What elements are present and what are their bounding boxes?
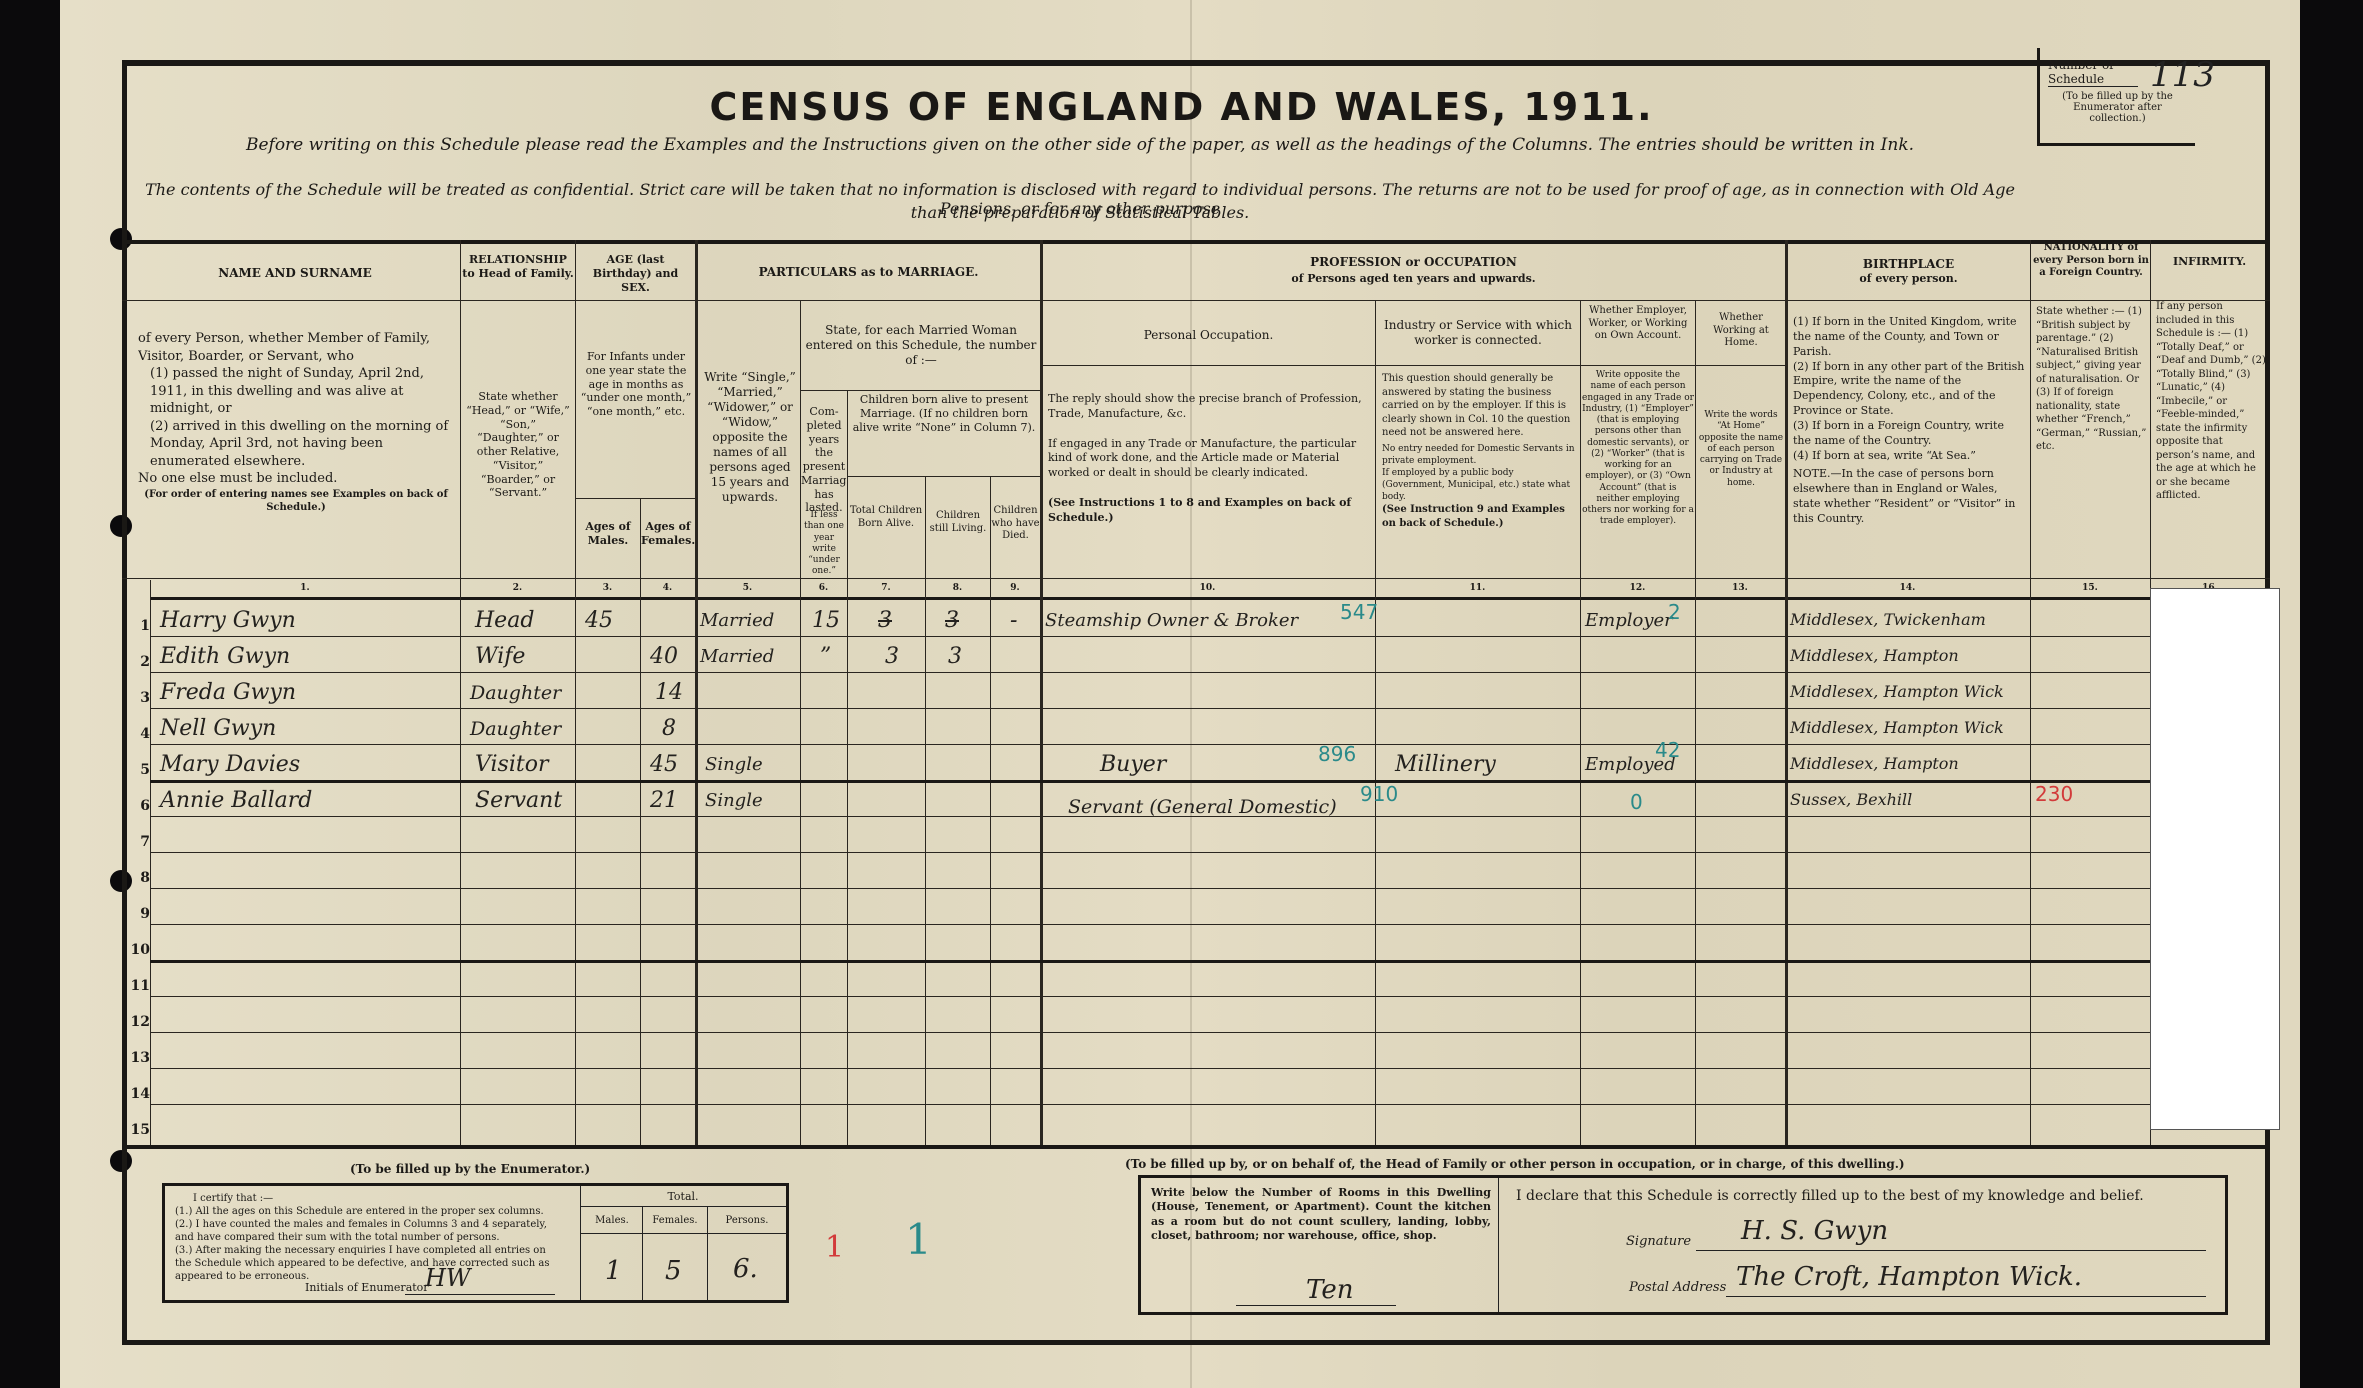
employer-label: Whether Employer, Worker, or Working on …	[1582, 305, 1694, 343]
certify-line: (3.) After making the necessary enquirie…	[175, 1244, 565, 1283]
certify-line: I certify that :—	[175, 1192, 565, 1205]
birthplace-instructions: (1) If born in the United Kingdom, write…	[1793, 315, 2025, 527]
entry-age-female[interactable]: 8	[662, 716, 676, 741]
relationship-instructions: State whether “Head,” or “Wife,” “Son,” …	[466, 390, 570, 500]
redacted-infirmity-column	[2150, 588, 2280, 1130]
page-title: CENSUS OF ENGLAND AND WALES, 1911.	[0, 85, 2363, 129]
col-number: 1.	[150, 583, 460, 593]
col-number: 9.	[990, 583, 1040, 593]
col-divider	[1695, 300, 1696, 1145]
header-marriage: PARTICULARS as to MARRIAGE.	[697, 265, 1040, 280]
instruction-line: Before writing on this Schedule please r…	[140, 135, 2020, 155]
entry-condition[interactable]: Single	[705, 754, 763, 775]
header-occupation: PROFESSION or OCCUPATION	[1042, 255, 1785, 270]
personal-occupation-label: Personal Occupation.	[1042, 328, 1375, 343]
enumerator-heading: (To be filled up by the Enumerator.)	[350, 1162, 590, 1176]
rooms-instructions: Write below the Number of Rooms in this …	[1151, 1186, 1491, 1243]
total-persons-value[interactable]: 6.	[733, 1254, 758, 1284]
name-instruction: (2) arrived in this dwelling on the morn…	[138, 418, 454, 471]
address-value[interactable]: The Croft, Hampton Wick.	[1736, 1262, 2082, 1292]
col-number: 3.	[575, 583, 640, 593]
row-number: 15	[126, 1122, 150, 1138]
row-number: 3	[126, 690, 150, 706]
ind-instruction: No entry needed for Domestic Servants in…	[1382, 443, 1576, 467]
entry-name[interactable]: Harry Gwyn	[160, 608, 296, 633]
employer-code: 0	[1630, 790, 1643, 814]
age-instructions: For Infants under one year state the age…	[580, 350, 692, 419]
row-number: 2	[126, 654, 150, 670]
row-rule-thick	[150, 960, 2150, 963]
col-number: 2.	[460, 583, 575, 593]
total-females-label: Females.	[643, 1214, 707, 1227]
total-persons-label: Persons.	[709, 1214, 785, 1227]
birth-instruction: NOTE.—In the case of persons born elsewh…	[1793, 467, 2025, 526]
row-number: 12	[126, 1014, 150, 1030]
total-males-label: Males.	[582, 1214, 642, 1227]
entry-relationship[interactable]: Daughter	[470, 682, 561, 704]
table-bottom-rule	[122, 1145, 2270, 1149]
entry-birthplace[interactable]: Middlesex, Hampton	[1790, 754, 1959, 773]
entry-relationship[interactable]: Wife	[475, 644, 525, 669]
row-rule	[150, 924, 2150, 925]
certify-line: (1.) All the ages on this Schedule are e…	[175, 1205, 565, 1218]
col-number: 14.	[1785, 583, 2030, 593]
entry-name[interactable]: Nell Gwyn	[160, 716, 276, 741]
entry-condition[interactable]: Single	[705, 790, 763, 811]
entry-age-female[interactable]: 45	[650, 752, 678, 777]
header-age: AGE (last Birthday) and SEX.	[577, 253, 694, 294]
col-divider	[1785, 240, 1788, 1145]
entry-employer[interactable]: Employer	[1585, 610, 1673, 631]
row-rule	[150, 1104, 2150, 1105]
birth-instruction: (3) If born in a Foreign Country, write …	[1793, 419, 2025, 449]
schedule-number-value[interactable]: 113	[2150, 55, 2215, 95]
col-number: 4.	[640, 583, 695, 593]
ind-instruction: If employed by a public body (Government…	[1382, 467, 1576, 503]
rooms-line	[1236, 1305, 1396, 1306]
signature-label: Signature	[1626, 1234, 1691, 1249]
entry-industry[interactable]: Millinery	[1395, 752, 1496, 777]
occupation-code: 910	[1360, 782, 1398, 806]
row-number: 13	[126, 1050, 150, 1066]
total-divider	[707, 1206, 708, 1300]
address-label: Postal Address	[1629, 1280, 1726, 1295]
confidential-line-2: than the preparation of Statistical Tabl…	[140, 203, 2020, 222]
total-males-value[interactable]: 1	[605, 1256, 622, 1286]
entry-name[interactable]: Edith Gwyn	[160, 644, 290, 669]
entry-marriage-years[interactable]: ”	[820, 644, 831, 669]
row-number: 10	[126, 942, 150, 958]
employer-code: 42	[1655, 738, 1680, 762]
occupation-code: 547	[1340, 600, 1378, 624]
entry-children-died[interactable]: -	[1010, 608, 1017, 633]
occupation-subtitle: of Persons aged ten years and upwards.	[1042, 272, 1785, 286]
row-rule	[150, 888, 2150, 889]
occ-instruction: (See Instructions 1 to 8 and Examples on…	[1048, 496, 1370, 526]
total-label: Total.	[580, 1190, 786, 1204]
employer-code: 2	[1668, 600, 1681, 624]
entry-relationship[interactable]: Visitor	[475, 752, 548, 777]
row-rule-thick	[150, 780, 2150, 783]
row-number: 11	[126, 978, 150, 994]
entry-condition[interactable]: Married	[700, 646, 774, 667]
schedule-number-note: (To be filled up by the Enumerator after…	[2048, 91, 2187, 124]
col-divider	[925, 476, 926, 1145]
row-rule	[150, 672, 2150, 673]
children-header: Children born alive to present Marriage.…	[850, 393, 1038, 434]
col-divider	[1040, 240, 1043, 1145]
number-row-rule	[150, 597, 2150, 600]
entry-birthplace[interactable]: Middlesex, Hampton Wick	[1790, 682, 2004, 701]
total-rule	[580, 1206, 786, 1207]
entry-marriage-years[interactable]: 15	[812, 608, 840, 633]
table-top-rule	[122, 240, 2270, 244]
total-females-value[interactable]: 5	[665, 1256, 682, 1286]
initials-line	[405, 1294, 555, 1295]
col-divider	[1580, 300, 1581, 1145]
home-label: Whether Working at Home.	[1697, 312, 1785, 350]
schedule-number-label: Number of Schedule	[2048, 58, 2138, 87]
header-birthplace: BIRTHPLACE	[1787, 257, 2030, 272]
entry-name[interactable]: Freda Gwyn	[160, 680, 296, 705]
personal-occupation-instructions: The reply should show the precise branch…	[1048, 392, 1370, 526]
row-number: 7	[126, 834, 150, 850]
married-woman-header: State, for each Married Woman entered on…	[805, 323, 1037, 368]
condition-instructions: Write “Single,” “Married,” “Widower,” or…	[702, 370, 798, 505]
marriage-years-label: Com- pleted years the present Marriage h…	[801, 405, 847, 515]
nationality-instructions: State whether :— (1) “British subject by…	[2036, 305, 2148, 454]
children-total-label: Total Children Born Alive.	[848, 505, 924, 530]
birthplace-subtitle: of every person.	[1787, 272, 2030, 286]
header-nationality: NATIONALITY of every Person born in a Fo…	[2032, 242, 2150, 280]
entry-birthplace[interactable]: Sussex, Bexhill	[1790, 790, 1912, 809]
col-divider	[695, 240, 698, 1145]
col-number: 15.	[2030, 583, 2150, 593]
col-number: 13.	[1695, 583, 1785, 593]
row-number: 4	[126, 726, 150, 742]
row-rule	[150, 852, 2150, 853]
total-rule	[580, 1233, 786, 1234]
age-split-rule	[575, 498, 695, 499]
name-instruction: (For order of entering names see Example…	[138, 488, 454, 515]
entry-children-living[interactable]: 3	[948, 644, 962, 669]
birthplace-code: 230	[2035, 782, 2073, 806]
birth-instruction: (4) If born at sea, write “At Sea.”	[1793, 449, 2025, 464]
declaration-text: I declare that this Schedule is correctl…	[1516, 1188, 2144, 1204]
row-number: 9	[126, 906, 150, 922]
ind-instruction: This question should generally be answer…	[1382, 372, 1576, 440]
name-instruction: of every Person, whether Member of Famil…	[138, 330, 454, 365]
row-number-divider	[150, 580, 151, 1145]
col-divider	[990, 476, 991, 1145]
col-divider	[460, 240, 461, 1145]
entry-occupation[interactable]: Steamship Owner & Broker	[1045, 610, 1298, 631]
entry-age-female[interactable]: 40	[650, 644, 678, 669]
infirmity-instructions: If any person included in this Schedule …	[2156, 300, 2266, 503]
col-number: 6.	[800, 583, 847, 593]
entry-occupation[interactable]: Servant (General Domestic)	[1068, 790, 1368, 824]
row-rule	[150, 1068, 2150, 1069]
enumerator-box: I certify that :— (1.) All the ages on t…	[162, 1183, 789, 1303]
name-instruction: No one else must be included.	[138, 470, 454, 488]
entry-name[interactable]: Annie Ballard	[160, 788, 312, 813]
entry-birthplace[interactable]: Middlesex, Hampton Wick	[1790, 718, 2004, 737]
col-divider	[575, 240, 576, 1145]
teal-tally-mark: 1	[905, 1215, 932, 1264]
row-number: 14	[126, 1086, 150, 1102]
entry-age-female[interactable]: 21	[650, 788, 678, 813]
birth-instruction: (1) If born in the United Kingdom, write…	[1793, 315, 2025, 360]
header-relationship: RELATIONSHIP to Head of Family.	[462, 253, 574, 281]
header-ages-females: Ages of Females.	[641, 520, 695, 548]
col-divider	[2030, 240, 2031, 1145]
entry-relationship[interactable]: Daughter	[470, 718, 561, 740]
occupier-divider	[1498, 1178, 1499, 1312]
industry-instructions: This question should generally be answer…	[1382, 372, 1576, 530]
header-rule	[122, 300, 2270, 301]
address-line	[1726, 1296, 2206, 1297]
header-infirmity: INFIRMITY.	[2152, 255, 2267, 269]
occupation-code: 896	[1318, 742, 1356, 766]
col-number: 7.	[847, 583, 925, 593]
entry-relationship[interactable]: Head	[475, 608, 534, 633]
col-divider	[640, 498, 641, 1145]
employer-instructions: Write opposite the name of each person e…	[1582, 370, 1694, 528]
entry-birthplace[interactable]: Middlesex, Hampton	[1790, 646, 1959, 665]
schedule-border	[122, 60, 2270, 1345]
signature-line	[1696, 1250, 2206, 1251]
entry-birthplace[interactable]: Middlesex, Twickenham	[1790, 610, 1986, 629]
marriage-split-rule	[800, 390, 1040, 391]
signature-value[interactable]: H. S. Gwyn	[1741, 1216, 1888, 1246]
row-number: 6	[126, 798, 150, 814]
row-rule	[150, 708, 2150, 709]
certify-line: (2.) I have counted the males and female…	[175, 1218, 565, 1244]
children-split-rule	[847, 476, 1040, 477]
row-rule	[150, 996, 2150, 997]
col-number: 10.	[1040, 583, 1375, 593]
header-name: NAME AND SURNAME	[130, 266, 460, 281]
row-number: 8	[126, 870, 150, 886]
entry-children-living[interactable]: 3	[945, 608, 959, 633]
row-number: 5	[126, 762, 150, 778]
col-number: 11.	[1375, 583, 1580, 593]
birth-instruction: (2) If born in any other part of the Bri…	[1793, 360, 2025, 419]
children-died-label: Children who have Died.	[991, 505, 1040, 543]
entry-condition[interactable]: Married	[700, 610, 774, 631]
row-rule	[150, 744, 2150, 745]
occ-instruction: The reply should show the precise branch…	[1048, 392, 1370, 422]
certify-text: I certify that :— (1.) All the ages on t…	[175, 1192, 565, 1283]
row-number: 1	[126, 618, 150, 634]
occ-instruction: If engaged in any Trade or Manufacture, …	[1048, 437, 1370, 482]
marriage-years-note: If less than one year write “under one.”	[801, 510, 847, 578]
rooms-value[interactable]: Ten	[1306, 1275, 1353, 1305]
initials-value[interactable]: HW	[425, 1264, 471, 1292]
entry-children-total[interactable]: 3	[885, 644, 899, 669]
entry-age-female[interactable]: 14	[655, 680, 683, 705]
children-living-label: Children still Living.	[926, 510, 990, 535]
entry-name[interactable]: Mary Davies	[160, 752, 300, 777]
entry-children-total[interactable]: 3	[878, 608, 892, 633]
row-rule	[150, 1032, 2150, 1033]
entry-occupation[interactable]: Buyer	[1100, 752, 1166, 777]
header-ages-males: Ages of Males.	[577, 520, 639, 548]
industry-label: Industry or Service with which worker is…	[1380, 318, 1576, 348]
header-bottom-rule	[122, 578, 2270, 579]
red-tally-mark: 1	[825, 1230, 844, 1265]
entry-age-male[interactable]: 45	[585, 608, 613, 633]
name-instruction: (1) passed the night of Sunday, April 2n…	[138, 365, 454, 418]
col-number: 5.	[695, 583, 800, 593]
col-divider	[1375, 300, 1376, 1145]
entry-relationship[interactable]: Servant	[475, 788, 562, 813]
name-instructions: of every Person, whether Member of Famil…	[138, 330, 454, 515]
occupier-heading: (To be filled up by, or on behalf of, th…	[1125, 1157, 2265, 1171]
occupier-box: Write below the Number of Rooms in this …	[1138, 1175, 2228, 1315]
col-number: 12.	[1580, 583, 1695, 593]
total-divider	[642, 1206, 643, 1300]
occupation-split-rule	[1040, 365, 1785, 366]
row-rule	[150, 636, 2150, 637]
ind-instruction: (See Instruction 9 and Examples on back …	[1382, 503, 1576, 530]
home-instructions: Write the words “At Home” opposite the n…	[1697, 410, 1785, 489]
col-number: 8.	[925, 583, 990, 593]
